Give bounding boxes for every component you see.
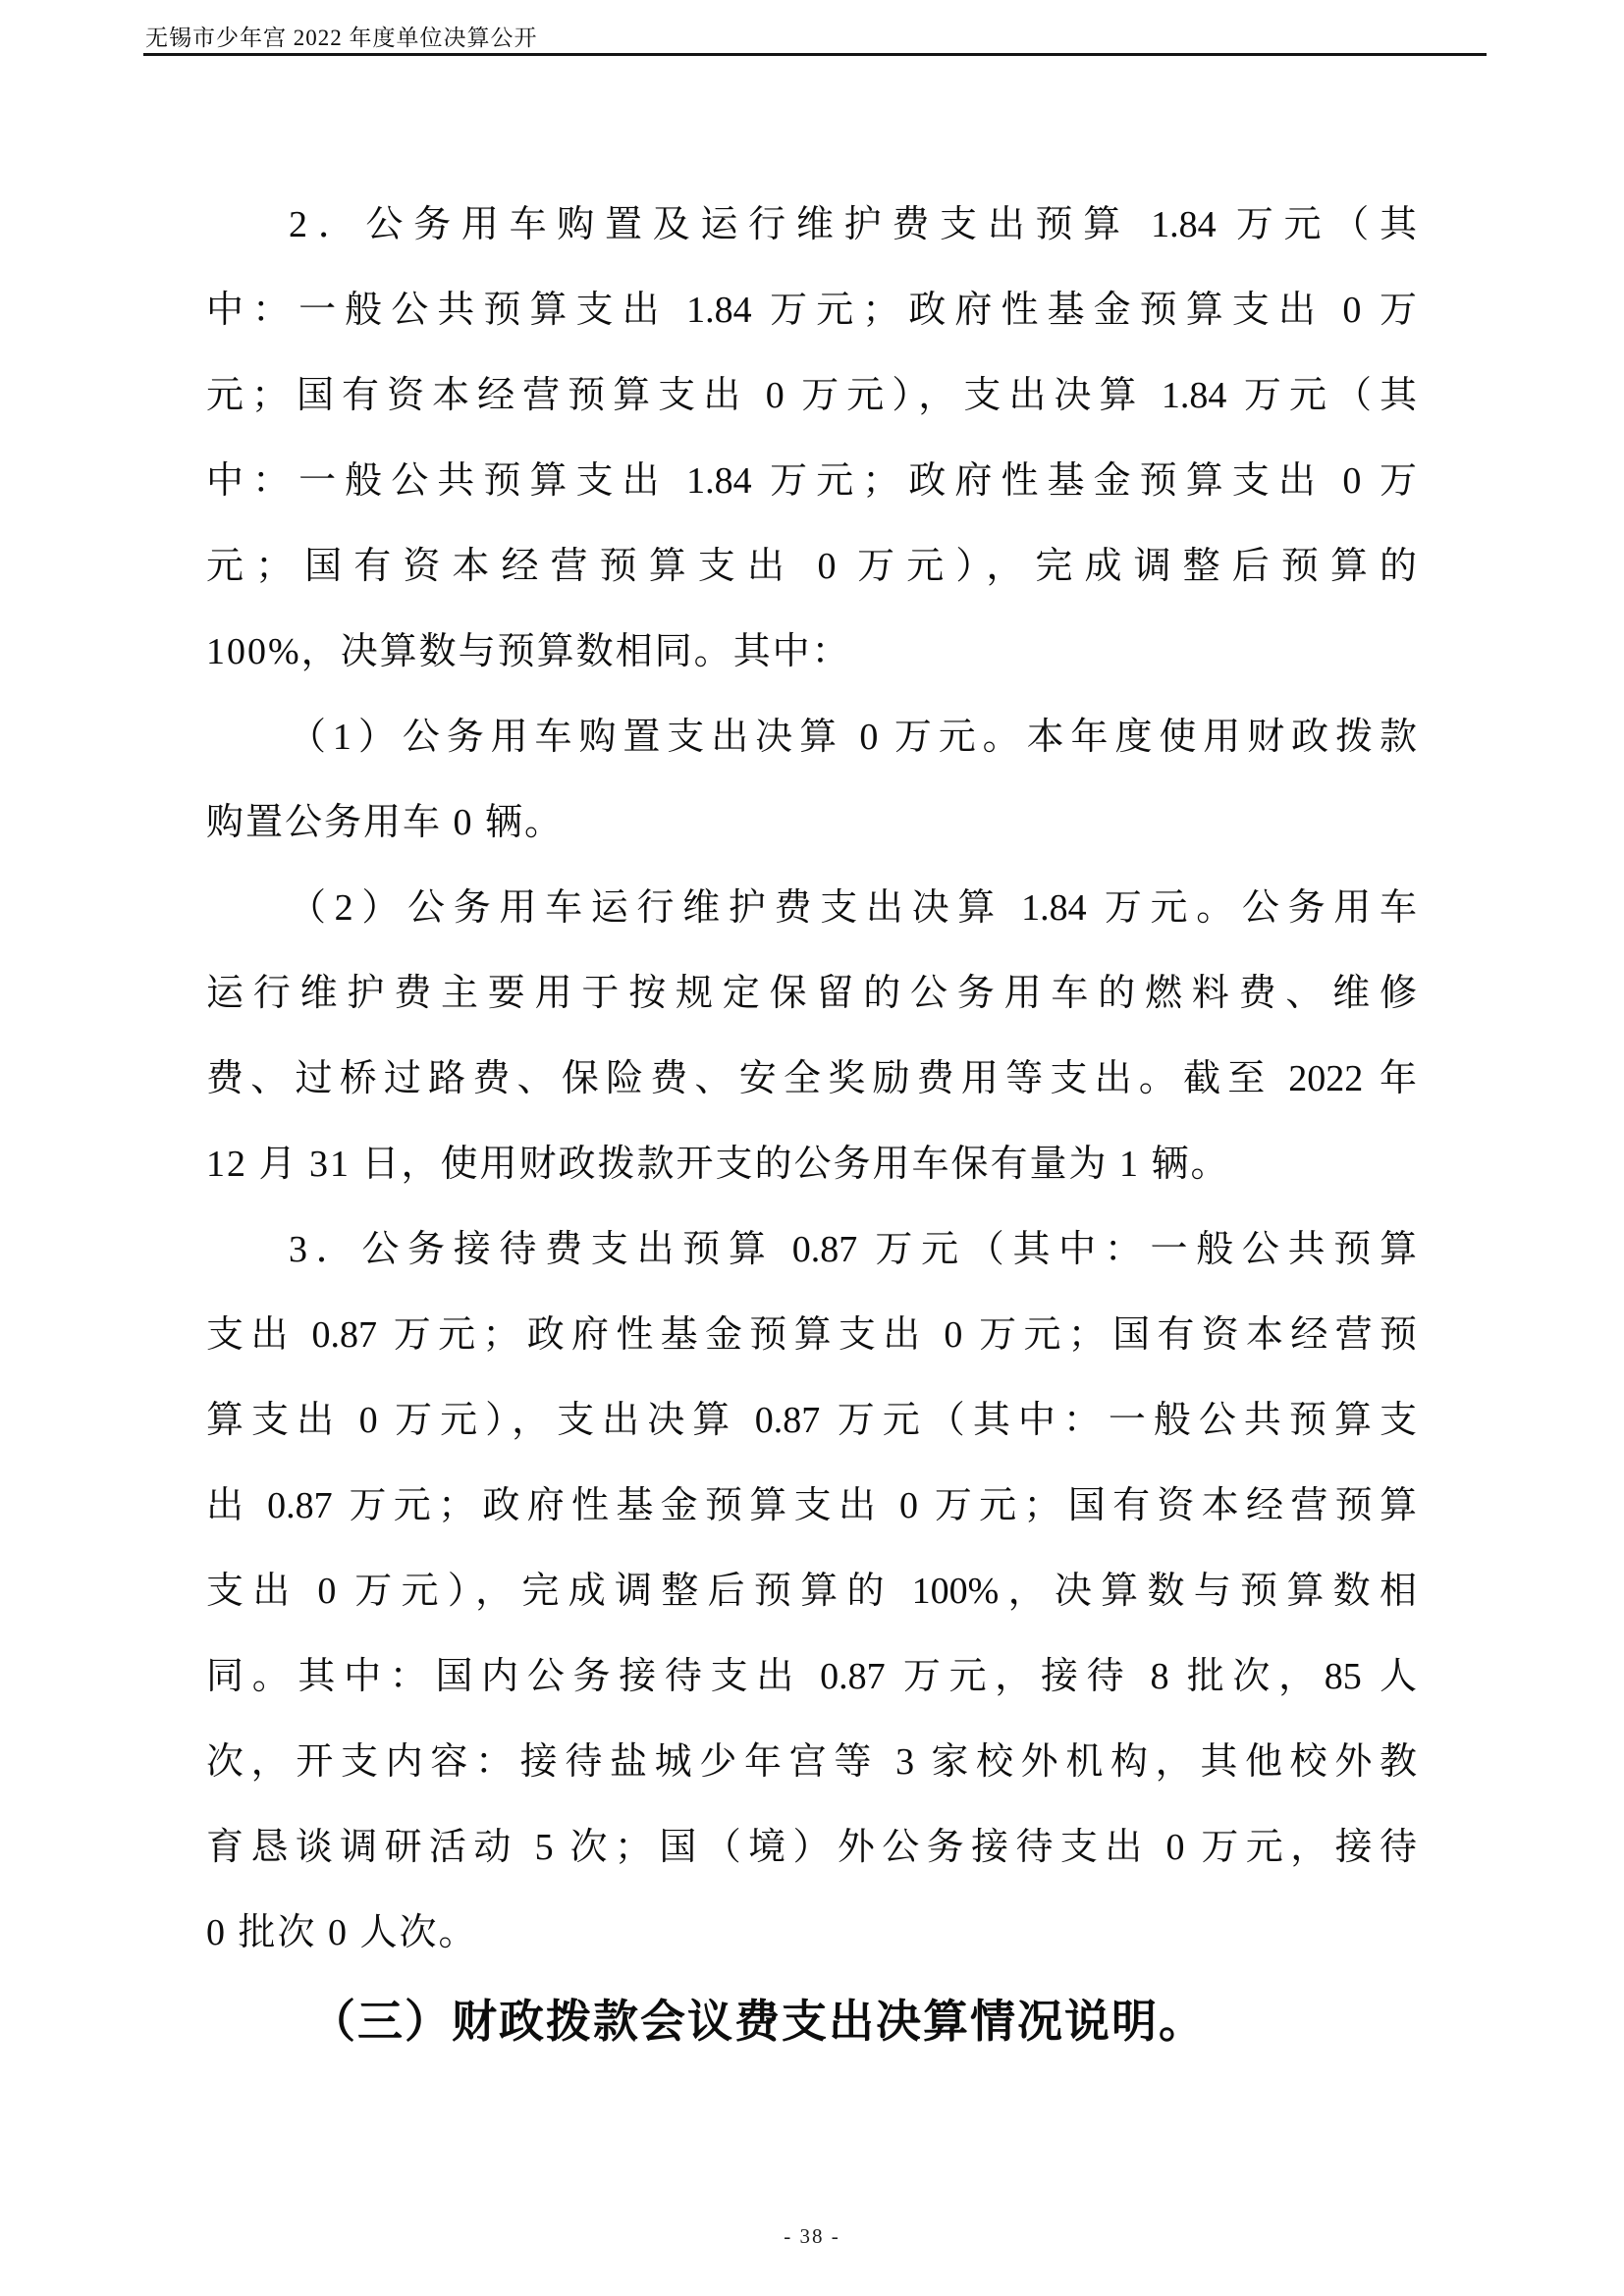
text-line: 运行维护费主要用于按规定保留的公务用车的燃料费、维修 [206, 951, 1417, 1037]
text-line: 出 0.87 万元；政府性基金预算支出 0 万元；国有资本经营预算 [206, 1464, 1417, 1549]
text-line: 支出 0 万元），完成调整后预算的 100%，决算数与预算数相 [206, 1549, 1417, 1634]
text-line: 次，开支内容：接待盐城少年宫等 3 家校外机构，其他校外教 [206, 1720, 1417, 1805]
page-footer: - 38 - [0, 2224, 1624, 2249]
text-line: 中：一般公共预算支出 1.84 万元；政府性基金预算支出 0 万 [206, 268, 1417, 353]
page-header: 无锡市少年宫 2022 年度单位决算公开 [145, 20, 538, 52]
text-line: 购置公务用车 0 辆。 [206, 780, 1417, 866]
text-line: 中：一般公共预算支出 1.84 万元；政府性基金预算支出 0 万 [206, 439, 1417, 524]
header-rule [143, 53, 1487, 56]
text-line: （1）公务用车购置支出决算 0 万元。本年度使用财政拨款 [206, 695, 1417, 780]
text-line: （2）公务用车运行维护费支出决算 1.84 万元。公务用车 [206, 866, 1417, 951]
text-line: 2．公务用车购置及运行维护费支出预算 1.84 万元（其 [206, 183, 1417, 268]
text-line: 100%，决算数与预算数相同。其中： [206, 610, 1417, 695]
document-title: 无锡市少年宫 2022 年度单位决算公开 [145, 26, 538, 50]
document-page: 无锡市少年宫 2022 年度单位决算公开 2．公务用车购置及运行维护费支出预算 … [0, 0, 1624, 2296]
text-line: 支出 0.87 万元；政府性基金预算支出 0 万元；国有资本经营预 [206, 1293, 1417, 1378]
text-line: 元；国有资本经营预算支出 0 万元），完成调整后预算的 [206, 524, 1417, 610]
text-line: 12 月 31 日，使用财政拨款开支的公务用车保有量为 1 辆。 [206, 1122, 1417, 1207]
text-line: 同。其中：国内公务接待支出 0.87 万元，接待 8 批次，85 人 [206, 1634, 1417, 1720]
page-number: - 38 - [784, 2224, 840, 2248]
document-body: 2．公务用车购置及运行维护费支出预算 1.84 万元（其中：一般公共预算支出 1… [206, 183, 1417, 2066]
text-line: 0 批次 0 人次。 [206, 1891, 1417, 1976]
text-line: 元；国有资本经营预算支出 0 万元），支出决算 1.84 万元（其 [206, 353, 1417, 439]
section-heading: （三）财政拨款会议费支出决算情况说明。 [206, 1976, 1417, 2066]
text-line: 育恳谈调研活动 5 次；国（境）外公务接待支出 0 万元，接待 [206, 1805, 1417, 1891]
text-line: 算支出 0 万元），支出决算 0.87 万元（其中：一般公共预算支 [206, 1378, 1417, 1464]
text-line: 3．公务接待费支出预算 0.87 万元（其中：一般公共预算 [206, 1207, 1417, 1293]
text-line: 费、过桥过路费、保险费、安全奖励费用等支出。截至 2022 年 [206, 1037, 1417, 1122]
